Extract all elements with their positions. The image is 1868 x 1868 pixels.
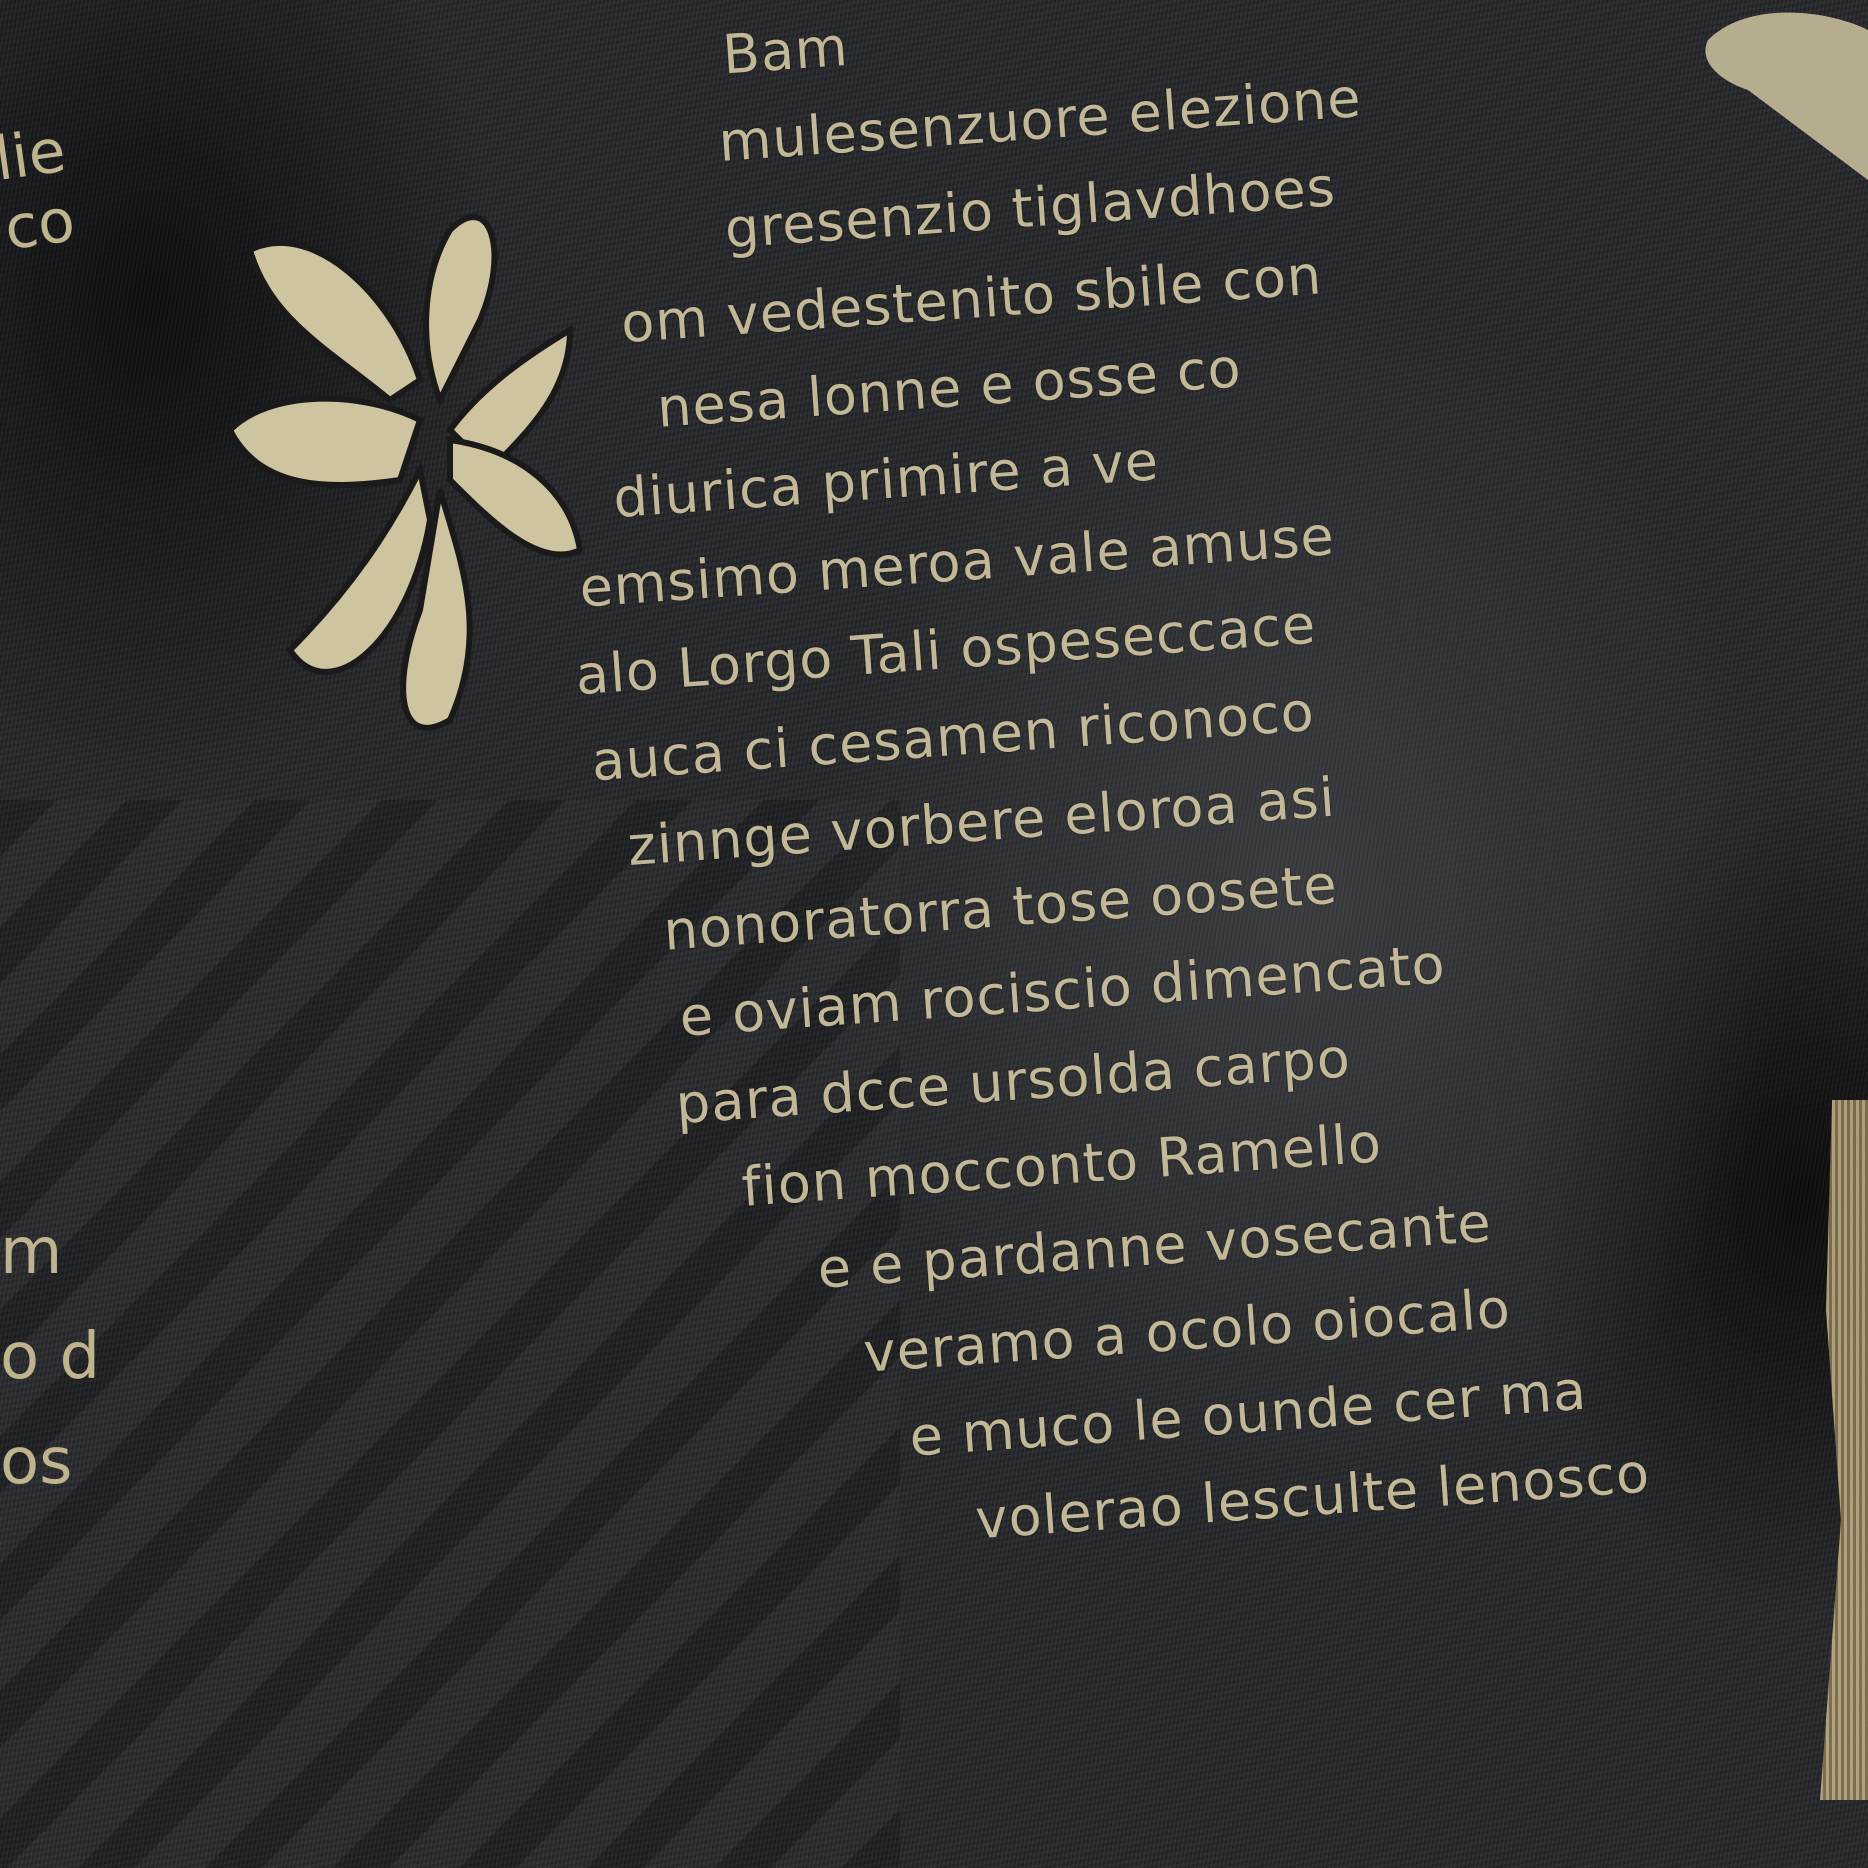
- left-lower-text: m o d os: [0, 1200, 100, 1515]
- text-fragment: co: [0, 185, 79, 264]
- text-fragment: lie: [0, 116, 70, 195]
- fabric-photo: lie co m o d os Bam mulesenzuore elezion…: [0, 0, 1868, 1868]
- text-fragment: m: [0, 1200, 100, 1305]
- text-fragment: o d: [0, 1305, 100, 1410]
- text-fragment: os: [0, 1410, 100, 1515]
- woven-text-block: Bam mulesenzuore elezione gresenzio tigl…: [600, 0, 1868, 1582]
